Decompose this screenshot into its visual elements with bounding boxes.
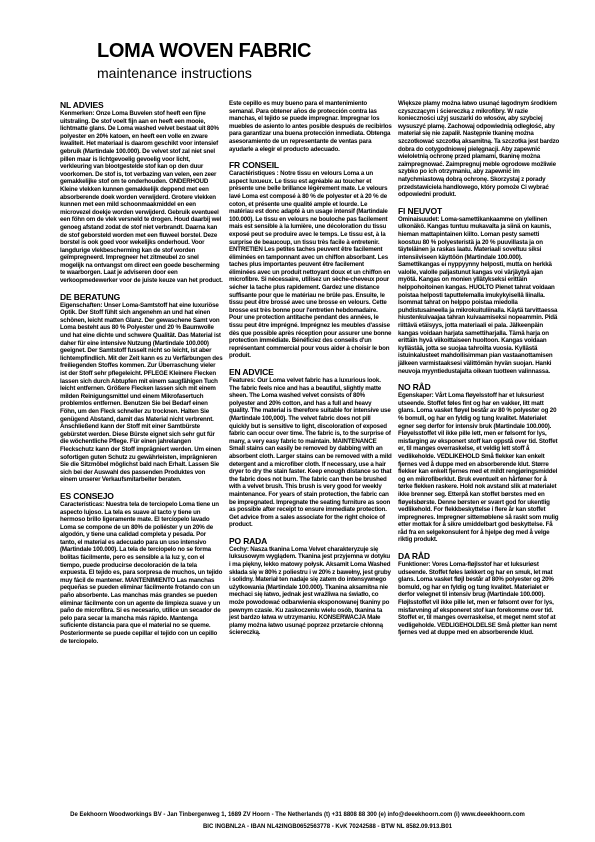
section-body: Cechy: Nasza tkanina Loma Velvet charakt…	[229, 546, 392, 637]
section-nl: NL ADVIES Kenmerken: Onze Loma Buvelen s…	[60, 100, 223, 285]
column-3: Większe plamy można łatwo usunąć łagodny…	[398, 100, 561, 644]
section-no: NO RÅD Egenskaper: Vårt Loma fløyelsstof…	[398, 382, 561, 544]
section-po-continued: Większe plamy można łatwo usunąć łagodny…	[398, 100, 561, 199]
section-po: PO RADA Cechy: Nasza tkanina Loma Velvet…	[229, 536, 392, 637]
section-heading: DE BERATUNG	[60, 292, 223, 302]
section-heading: FR CONSEIL	[229, 160, 392, 170]
section-body: Ominaisuudet: Loma-samettikankaamme on y…	[398, 216, 561, 375]
section-body: Eigenschaften: Unser Loma-Samtstoff hat …	[60, 302, 223, 484]
section-heading: DA RÅD	[398, 551, 561, 561]
column-1: NL ADVIES Kenmerken: Onze Loma Buvelen s…	[60, 100, 223, 652]
column-2: Este cepillo es muy bueno para el manten…	[229, 100, 392, 644]
section-heading: NO RÅD	[398, 382, 561, 392]
section-es: ES CONSEJO Características: Nuestra tela…	[60, 491, 223, 645]
section-de: DE BERATUNG Eigenschaften: Unser Loma-Sa…	[60, 292, 223, 484]
section-heading: NL ADVIES	[60, 100, 223, 110]
section-body: Kenmerken: Onze Loma Buvelen stof heeft …	[60, 110, 223, 285]
section-es-continued: Este cepillo es muy bueno para el manten…	[229, 100, 392, 153]
section-heading: FI NEUVOT	[398, 206, 561, 216]
section-body: Większe plamy można łatwo usunąć łagodny…	[398, 100, 561, 199]
footer-bank-line: BIC INGBNL2A - IBAN NL42INGB0652563778 -…	[0, 823, 595, 831]
section-en: EN ADVICE Features: Our Loma velvet fabr…	[229, 367, 392, 529]
section-fi: FI NEUVOT Ominaisuudet: Loma-samettikank…	[398, 206, 561, 375]
section-da: DA RÅD Funktioner: Vores Loma-fløjlsstof…	[398, 551, 561, 637]
footer-contact-line: De Eekhoorn Woodworkings BV - Jan Tinber…	[0, 811, 595, 819]
document-title: LOMA WOVEN FABRIC	[97, 40, 311, 62]
section-body: Caractéristiques : Notre tissu en velour…	[229, 170, 392, 360]
section-fr: FR CONSEIL Caractéristiques : Notre tiss…	[229, 160, 392, 360]
section-heading: PO RADA	[229, 536, 392, 546]
document-subtitle: maintenance instructions	[97, 65, 252, 81]
section-heading: ES CONSEJO	[60, 491, 223, 501]
section-body: Features: Our Loma velvet fabric has a l…	[229, 377, 392, 529]
section-body: Este cepillo es muy bueno para el manten…	[229, 100, 392, 153]
section-heading: EN ADVICE	[229, 367, 392, 377]
section-body: Egenskaper: Vårt Loma fløyelsstoff har e…	[398, 392, 561, 544]
section-body: Funktioner: Vores Loma-fløjlsstof har et…	[398, 561, 561, 637]
section-body: Características: Nuestra tela de terciop…	[60, 501, 223, 645]
